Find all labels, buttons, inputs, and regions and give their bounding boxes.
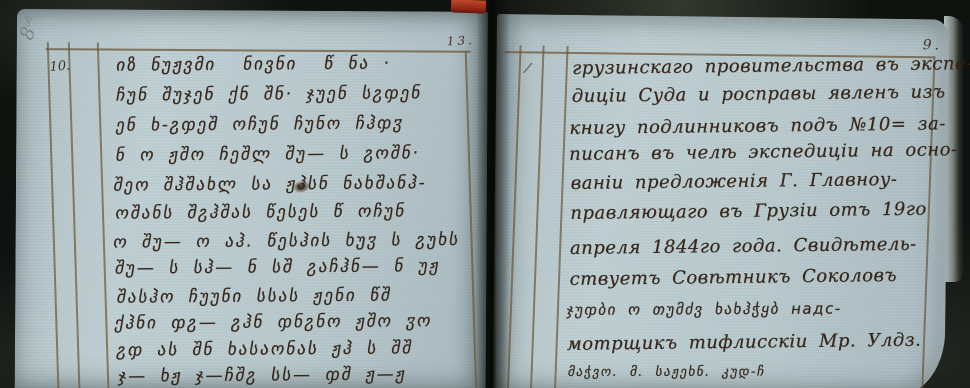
manuscript-line: книгу подлинниковъ подъ №10= за- [569,113,946,139]
right-page-number: 9. [923,37,943,53]
pencil-folio-note: 8об [17,14,43,42]
manuscript-line: ოშანს შჷჰშას წესეს წ ოჩუნ [114,201,408,223]
right-page: 9. / грузинскаго провительства въ экспе-… [492,14,949,388]
margin-entry-number: 10. [49,59,71,75]
ruling-line-top [46,48,471,52]
ruling-line-vertical [921,56,935,388]
manuscript-line: ქჰნი ჶჷ— ჷჰნ ჶნჷნო ჟშო ჳო [113,311,434,333]
manuscript-line: ствуетъ Совѣтникъ Соколовъ [569,265,897,290]
ruling-line-vertical [68,42,80,388]
ruling-line-vertical [530,46,544,388]
left-page: 8об 13. 10. იზ ნუჟვმი ნივნი წ ნა · ხეჟო-… [15,9,488,388]
ruling-line-vertical [47,42,59,388]
ruling-line-vertical [507,45,521,388]
manuscript-photo: 8об 13. 10. იზ ნუჟვმი ნივნი წ ნა · ხეჟო-… [0,0,970,388]
manuscript-line: ენ ხ-ჷჶეშ ოჩუნ ჩუნო ჩჰჶჳ [114,113,405,135]
manuscript-line: ო შუ— ო აჰ. წესჰის ხუჳ ს ჷუხს [112,230,462,253]
manuscript-line: апреля 1844го года. Свидѣтель- [570,234,917,259]
manuscript-line: дицiи Суда и росправы явленъ изъ [572,81,946,107]
manuscript-line: შასჰო ჩუუნი სსას ჟენი წშ [115,285,393,307]
manuscript-line: ნ ო ჟშო ჩეშლ შუ— ს ჷოშნ· [114,143,422,165]
manuscript-line: მაჭვო. მ. საჟეხნ. კუდ-ჩ [567,365,767,380]
margin-tick: / [524,60,532,77]
manuscript-line: შუ— ს სჰ— ნ სშ ჷაჩჰნ— ნ უჟ [113,256,442,279]
manuscript-line: ванiи предложенiя Г. Главноу- [571,169,898,194]
manuscript-line: мотрщикъ тифлисскiи Мр. Улдз. [567,330,922,355]
left-page-number: 13. [447,33,476,48]
manuscript-line: ჯ— ხჟ ჯ—ჩშჷ სს— ჶშ ჟ—ჟ [117,364,409,386]
ruling-line-vertical [97,42,109,388]
manuscript-line: იზ ნუჟვმი ნივნი წ ნა · ხეჟო- [115,52,556,75]
manuscript-line: ჩუნ შუჯენ ქნ შნ· ჯუენ სჷჶენ [114,83,423,105]
manuscript-line: писанъ въ челѣ экспедицiи на осно- [569,139,958,165]
ruling-line-vertical [465,51,477,388]
manuscript-line: შეო შჰშახლ სა ჟჰსნ ნახშანჰ- [112,173,429,195]
manuscript-line: грузинскаго провительства въ экспе- [572,53,970,79]
manuscript-line: правляющаго въ Грузiи отъ 19го [570,199,927,224]
bookmark-ribbon [451,0,486,14]
manuscript-line: ჷჶ ას შნ ხასაონას ჟჰ ს შშ [115,338,415,360]
manuscript-line: ჯუჶბი ო თუმძვ ხახჰჭყბ надс- [565,299,843,318]
